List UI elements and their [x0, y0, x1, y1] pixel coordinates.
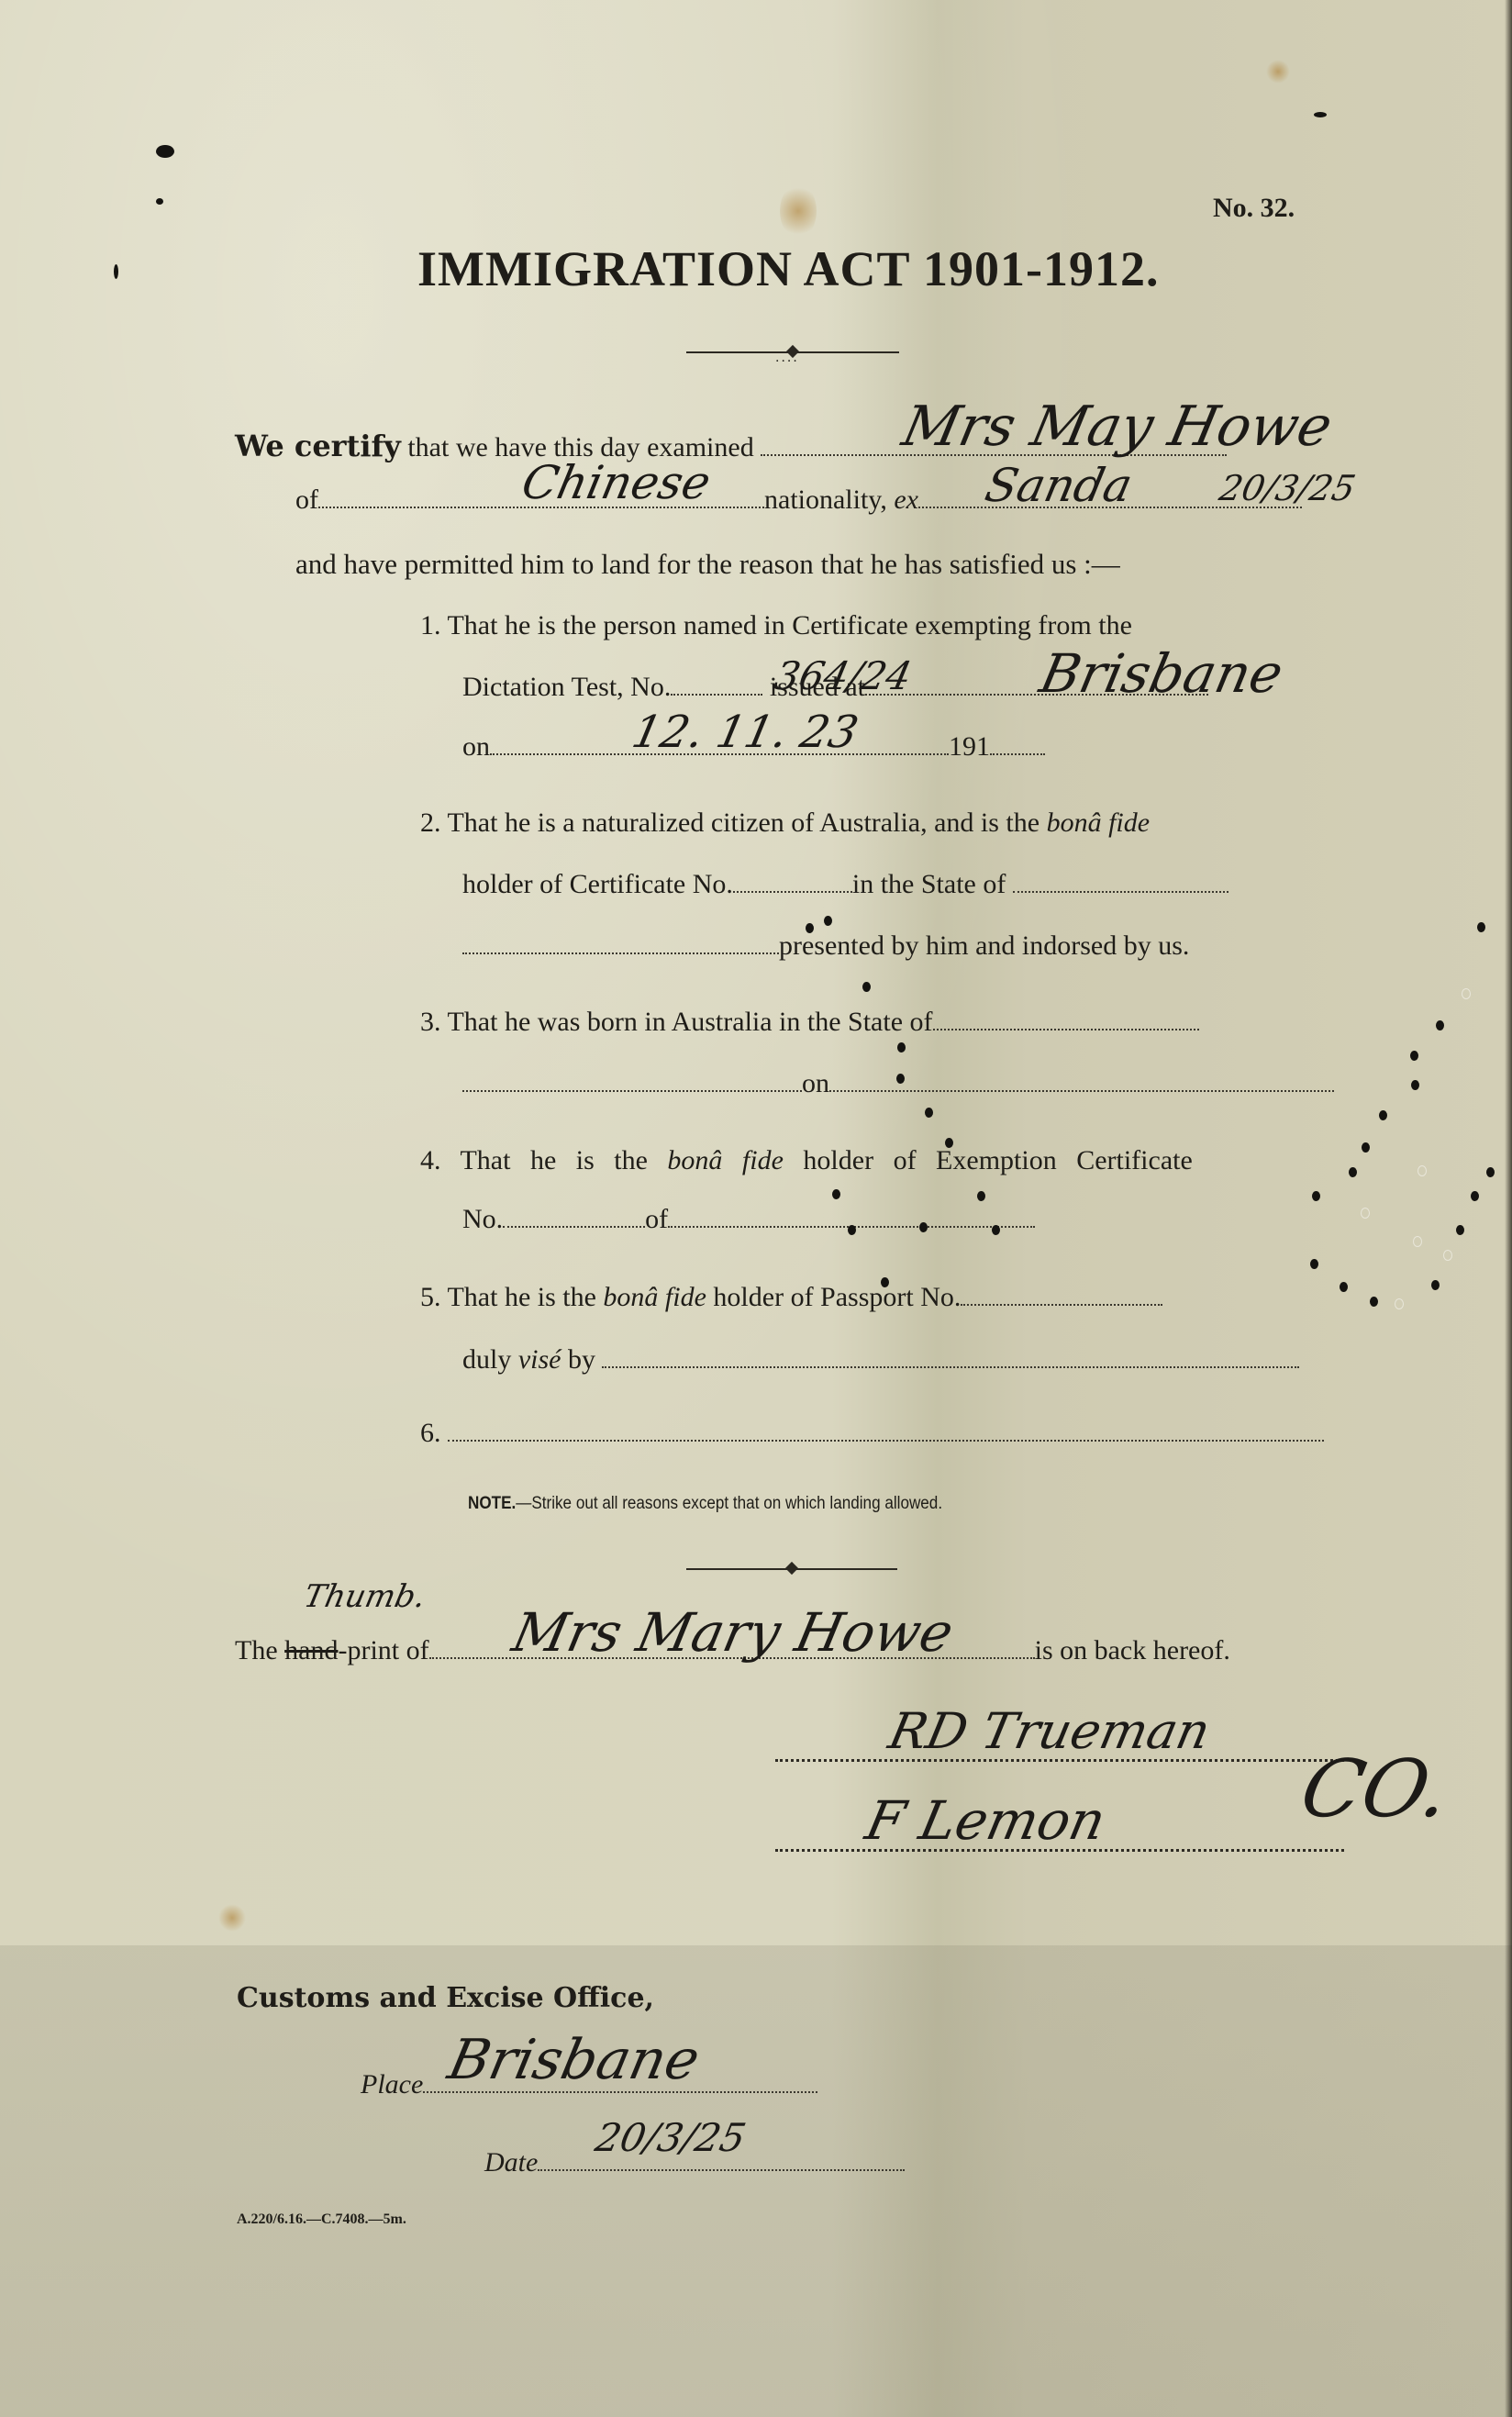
dictation-test-label: Dictation Test, No.	[462, 672, 671, 702]
ship-value: Sanda	[981, 459, 1137, 512]
vise-by-field	[602, 1365, 1299, 1368]
reason-text: duly	[462, 1344, 511, 1375]
examined-name-value: Mrs May Howe	[897, 395, 1338, 459]
on-date-value: 12. 11. 23	[628, 707, 862, 758]
reason-text: holder of Exemption Certificate	[803, 1145, 1192, 1175]
paper-edge	[1505, 0, 1512, 2417]
year-prefix: 191	[949, 731, 990, 762]
reason-4-line-1: 4. That he is the bonâ fide holder of Ex…	[420, 1145, 1193, 1176]
certificate-no-label: holder of Certificate No.	[462, 869, 733, 899]
nationality-value: Chinese	[517, 456, 716, 509]
place-label: Place	[361, 2069, 423, 2100]
certificate-no-field	[671, 693, 762, 696]
reason-text: That he is a naturalized citizen of Aust…	[447, 808, 1039, 838]
reason-text: That he is the	[460, 1145, 647, 1175]
stain-mark	[780, 184, 817, 239]
passport-no-field	[961, 1303, 1162, 1306]
birth-state-field	[933, 1028, 1199, 1030]
no-label: No.	[462, 1204, 503, 1234]
birth-place-field	[462, 1089, 802, 1092]
naturalization-certificate-field	[733, 890, 852, 893]
vise-text: visé	[518, 1344, 561, 1375]
note-divider	[686, 1568, 897, 1570]
of-label: of	[645, 1204, 668, 1234]
back-hereof-label: is on back hereof.	[1035, 1635, 1230, 1665]
place-value: Brisbane	[443, 2028, 706, 2092]
reason-number: 3.	[420, 1007, 441, 1037]
state-field	[1013, 890, 1228, 893]
arrival-date-value: 20/3/25	[1216, 468, 1359, 508]
print-name-value: Mrs Mary Howe	[507, 1601, 959, 1664]
nationality-line: ofnationality, ex	[295, 485, 1302, 516]
nationality-label: nationality,	[764, 485, 887, 515]
on-label: on	[802, 1068, 829, 1098]
date-value: 20/3/25	[592, 2115, 750, 2160]
year-field	[990, 752, 1045, 755]
document-title: IMMIGRATION ACT 1901-1912.	[417, 240, 1160, 297]
reason-number: 2.	[420, 808, 441, 838]
certificate-no-value: 364/24	[771, 653, 916, 698]
bona-fide-text: bonâ fide	[1047, 808, 1151, 838]
reason-2-line-3: presented by him and indorsed by us.	[462, 930, 1189, 962]
signature-title: CO.	[1293, 1743, 1458, 1835]
reason-text: holder of Passport No.	[713, 1282, 961, 1312]
divider-dots: ····	[775, 354, 799, 369]
struck-hand-word: hand	[284, 1635, 338, 1665]
reason-3-line-1: 3. That he was born in Australia in the …	[420, 1007, 1199, 1038]
reason-1-line-1: 1. That he is the person named in Certif…	[420, 610, 1132, 641]
reason-5-line-2: duly visé by	[462, 1344, 1299, 1376]
ex-label: ex	[894, 485, 918, 515]
paper-fold-shadow	[0, 1945, 1512, 2417]
exemption-no-field	[503, 1225, 645, 1228]
reason-number: 6.	[420, 1418, 441, 1448]
inserted-thumb-word: Thumb.	[301, 1578, 429, 1615]
reason-text: That he is the person named in Certifica…	[447, 610, 1131, 640]
bona-fide-text: bonâ fide	[667, 1145, 784, 1175]
reason-6-line: 6.	[420, 1418, 1324, 1449]
state-label: in the State of	[852, 869, 1006, 899]
note-body: —Strike out all reasons except that on w…	[516, 1494, 942, 1513]
note-text: NOTE.—Strike out all reasons except that…	[468, 1494, 942, 1514]
signature-1: RD Trueman	[884, 1702, 1215, 1760]
certify-lead: We certify	[235, 429, 401, 463]
the-label: The	[235, 1635, 278, 1665]
reason-2-line-2: holder of Certificate No.in the State of	[462, 869, 1228, 900]
reason-5-line-1: 5. That he is the bonâ fide holder of Pa…	[420, 1282, 1162, 1313]
date-label: Date	[484, 2147, 538, 2178]
form-number: No. 32.	[1213, 193, 1295, 224]
note-label: NOTE.	[468, 1494, 516, 1513]
issued-at-value: Brisbane	[1035, 642, 1289, 705]
stain-mark	[1266, 60, 1290, 84]
print-of-label: -print of	[338, 1635, 428, 1665]
birth-date-field	[829, 1089, 1334, 1092]
reason-3-line-2: on	[462, 1068, 1334, 1099]
reason-text: That he is the	[447, 1282, 595, 1312]
reason-text: by	[568, 1344, 595, 1375]
print-code: A.220/6.16.—C.7408.—5m.	[237, 2211, 406, 2228]
reason-text: presented by him and indorsed by us.	[779, 930, 1189, 961]
of-label: of	[295, 485, 318, 515]
reason-4-line-2: No.of	[462, 1204, 1035, 1235]
reason-2-line-1: 2. That he is a naturalized citizen of A…	[420, 808, 1150, 839]
reason-number: 1.	[420, 610, 441, 640]
stain-mark	[218, 1904, 246, 1932]
reason-6-field	[448, 1439, 1324, 1442]
office-heading: Customs and Excise Office,	[237, 1982, 654, 2014]
reason-text: That he was born in Australia in the Sta…	[447, 1007, 932, 1037]
reason-number: 5.	[420, 1282, 441, 1312]
permitted-text: and have permitted him to land for the r…	[295, 548, 1120, 581]
on-label: on	[462, 731, 490, 762]
signature-2: F Lemon	[861, 1789, 1111, 1852]
bona-fide-text: bonâ fide	[603, 1282, 706, 1312]
title-divider	[686, 351, 899, 353]
state-field-continued	[462, 952, 779, 954]
reason-number: 4.	[420, 1145, 441, 1175]
date-field	[538, 2168, 905, 2171]
